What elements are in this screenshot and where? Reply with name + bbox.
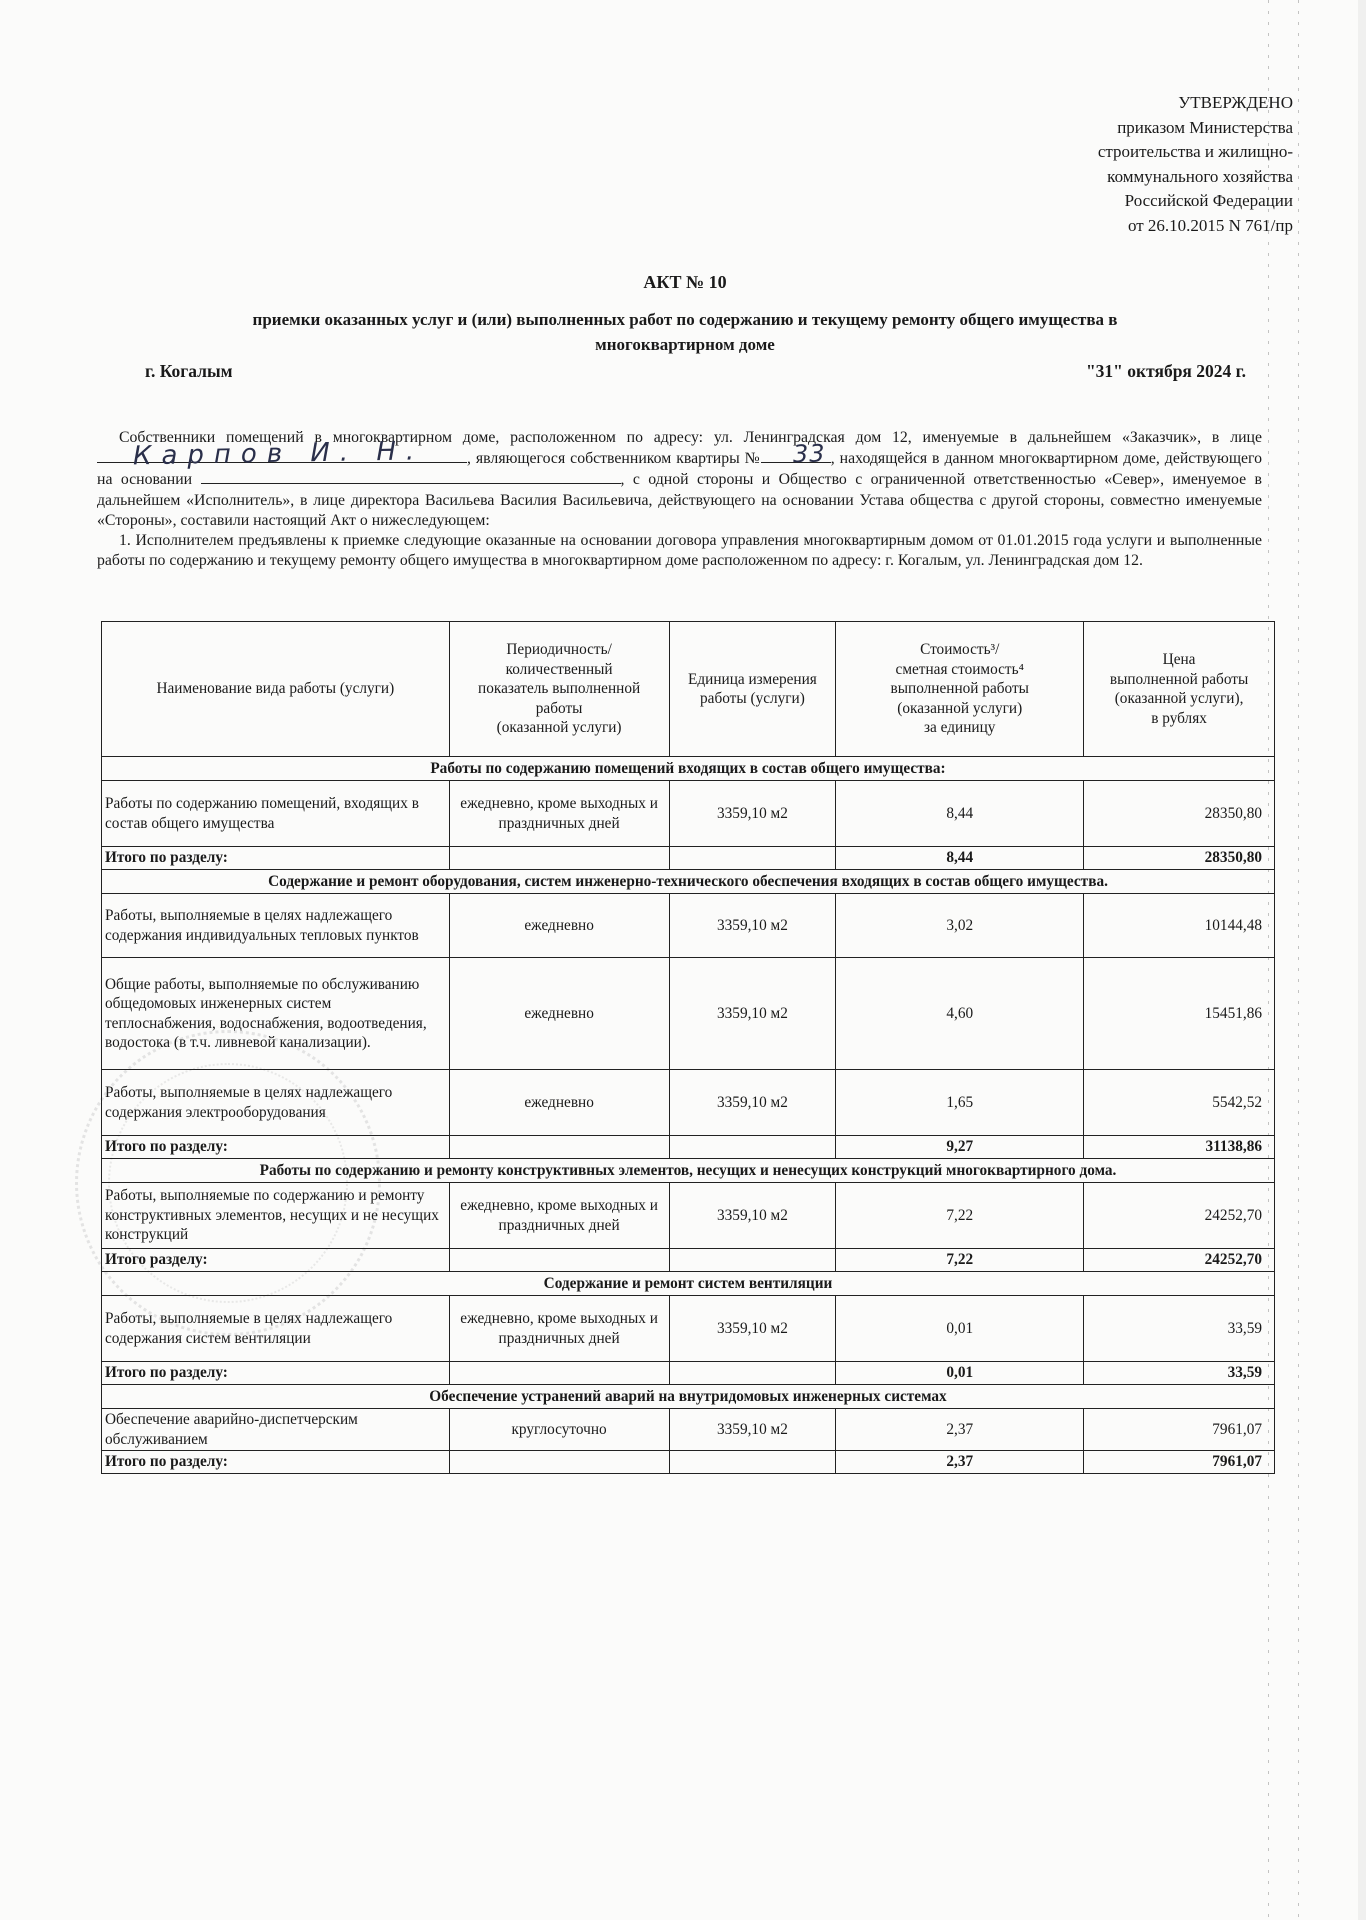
work-unit: 3359,10 м2 (669, 1183, 836, 1249)
document-page: УТВЕРЖДЕНО приказом Министерства строите… (0, 0, 1366, 1920)
section-total-row: Итого по разделу:9,2731138,86 (102, 1136, 1275, 1159)
work-periodicity: ежедневно, кроме выходных и праздничных … (449, 1183, 669, 1249)
parties-paragraph: Собственники помещений в многоквартирном… (97, 428, 1262, 531)
table-row: Обеспечение аварийно-диспетчерским обслу… (102, 1409, 1275, 1451)
section-title: Содержание и ремонт оборудования, систем… (102, 870, 1275, 894)
section-header-row: Работы по содержанию помещений входящих … (102, 757, 1275, 781)
approval-line: УТВЕРЖДЕНО (1098, 91, 1293, 116)
act-number: АКТ № 10 (100, 268, 1270, 296)
apartment-number-field: 33 (761, 448, 831, 463)
total-price: 28350,80 (1084, 847, 1275, 870)
section-total-row: Итого разделу:7,2224252,70 (102, 1249, 1275, 1272)
total-unit-cost: 7,22 (836, 1249, 1084, 1272)
act-subtitle: приемки оказанных услуг и (или) выполнен… (100, 307, 1270, 357)
approval-line: коммунального хозяйства (1098, 165, 1293, 190)
work-unit: 3359,10 м2 (669, 1070, 836, 1136)
section-header-row: Обеспечение устранений аварий на внутрид… (102, 1385, 1275, 1409)
section-title: Обеспечение устранений аварий на внутрид… (102, 1385, 1275, 1409)
total-price: 24252,70 (1084, 1249, 1275, 1272)
work-unit-cost: 3,02 (836, 894, 1084, 958)
total-empty (669, 1451, 836, 1474)
total-price: 33,59 (1084, 1362, 1275, 1385)
act-subtitle-line: многоквартирном доме (100, 332, 1270, 357)
work-price: 15451,86 (1084, 958, 1275, 1070)
work-unit-cost: 4,60 (836, 958, 1084, 1070)
total-label: Итого по разделу: (102, 1136, 450, 1159)
approval-line: строительства и жилищно- (1098, 140, 1293, 165)
work-name: Работы, выполняемые в целях надлежащего … (102, 894, 450, 958)
approval-line: от 26.10.2015 N 761/пр (1098, 214, 1293, 239)
clause-1-paragraph: 1. Исполнителем предъявлены к приемке сл… (97, 531, 1262, 571)
work-periodicity: ежедневно (449, 1070, 669, 1136)
handwritten-owner-name: Карпов И. Н. (111, 441, 424, 467)
total-unit-cost: 9,27 (836, 1136, 1084, 1159)
table-row: Общие работы, выполняемые по обслуживани… (102, 958, 1275, 1070)
work-periodicity: круглосуточно (449, 1409, 669, 1451)
work-price: 7961,07 (1084, 1409, 1275, 1451)
act-subtitle-line: приемки оказанных услуг и (или) выполнен… (100, 307, 1270, 332)
total-unit-cost: 0,01 (836, 1362, 1084, 1385)
work-unit-cost: 7,22 (836, 1183, 1084, 1249)
work-name: Общие работы, выполняемые по обслуживани… (102, 958, 450, 1070)
work-name: Работы по содержанию помещений, входящих… (102, 781, 450, 847)
column-header: Наименование вида работы (услуги) (102, 622, 450, 757)
work-unit: 3359,10 м2 (669, 781, 836, 847)
section-total-row: Итого по разделу:2,377961,07 (102, 1451, 1275, 1474)
work-unit-cost: 0,01 (836, 1296, 1084, 1362)
total-unit-cost: 8,44 (836, 847, 1084, 870)
place-date-row: г. Когалым "31" октября 2024 г. (145, 361, 1246, 382)
work-price: 24252,70 (1084, 1183, 1275, 1249)
section-title: Работы по содержанию помещений входящих … (102, 757, 1275, 781)
section-header-row: Содержание и ремонт систем вентиляции (102, 1272, 1275, 1296)
total-empty (669, 1249, 836, 1272)
scan-margin (1358, 0, 1366, 1920)
section-total-row: Итого по разделу:8,4428350,80 (102, 847, 1275, 870)
total-empty (669, 847, 836, 870)
section-header-row: Работы по содержанию и ремонту конструкт… (102, 1159, 1275, 1183)
section-header-row: Содержание и ремонт оборудования, систем… (102, 870, 1275, 894)
work-unit: 3359,10 м2 (669, 894, 836, 958)
work-unit: 3359,10 м2 (669, 1409, 836, 1451)
city: г. Когалым (145, 361, 233, 382)
total-label: Итого по разделу: (102, 1362, 450, 1385)
total-price: 31138,86 (1084, 1136, 1275, 1159)
total-empty (449, 1362, 669, 1385)
work-periodicity: ежедневно (449, 894, 669, 958)
handwritten-apartment-number: 33 (771, 444, 826, 465)
table-header-row: Наименование вида работы (услуги) Период… (102, 622, 1275, 757)
intro-text-part: , являющегося собственником квартиры № (467, 450, 761, 467)
work-periodicity: ежедневно, кроме выходных и праздничных … (449, 781, 669, 847)
table-row: Работы, выполняемые в целях надлежащего … (102, 1296, 1275, 1362)
work-name: Работы, выполняемые по содержанию и ремо… (102, 1183, 450, 1249)
act-title: АКТ № 10 приемки оказанных услуг и (или)… (100, 268, 1270, 357)
total-empty (449, 1451, 669, 1474)
total-empty (449, 847, 669, 870)
total-empty (669, 1136, 836, 1159)
work-price: 5542,52 (1084, 1070, 1275, 1136)
work-name: Обеспечение аварийно-диспетчерским обслу… (102, 1409, 450, 1451)
basis-field (201, 469, 621, 484)
work-unit: 3359,10 м2 (669, 1296, 836, 1362)
column-header: Стоимость³/ сметная стоимость⁴ выполненн… (836, 622, 1084, 757)
total-price: 7961,07 (1084, 1451, 1275, 1474)
table-body: Работы по содержанию помещений входящих … (102, 757, 1275, 1474)
total-label: Итого по разделу: (102, 1451, 450, 1474)
approval-line: Российской Федерации (1098, 189, 1293, 214)
total-empty (669, 1362, 836, 1385)
work-unit-cost: 2,37 (836, 1409, 1084, 1451)
table-row: Работы, выполняемые в целях надлежащего … (102, 1070, 1275, 1136)
section-title: Содержание и ремонт систем вентиляции (102, 1272, 1275, 1296)
owner-name-field: Карпов И. Н. (97, 448, 467, 463)
work-price: 28350,80 (1084, 781, 1275, 847)
work-name: Работы, выполняемые в целях надлежащего … (102, 1296, 450, 1362)
approval-line: приказом Министерства (1098, 116, 1293, 141)
work-periodicity: ежедневно, кроме выходных и праздничных … (449, 1296, 669, 1362)
section-title: Работы по содержанию и ремонту конструкт… (102, 1159, 1275, 1183)
work-unit-cost: 1,65 (836, 1070, 1084, 1136)
total-label: Итого разделу: (102, 1249, 450, 1272)
total-empty (449, 1249, 669, 1272)
section-total-row: Итого по разделу:0,0133,59 (102, 1362, 1275, 1385)
column-header: Периодичность/ количественный показатель… (449, 622, 669, 757)
intro-text: Собственники помещений в многоквартирном… (97, 428, 1262, 571)
work-unit-cost: 8,44 (836, 781, 1084, 847)
act-date: "31" октября 2024 г. (1086, 361, 1246, 382)
column-header: Единица измерения работы (услуги) (669, 622, 836, 757)
works-table: Наименование вида работы (услуги) Период… (101, 621, 1275, 1474)
total-empty (449, 1136, 669, 1159)
total-unit-cost: 2,37 (836, 1451, 1084, 1474)
approval-block: УТВЕРЖДЕНО приказом Министерства строите… (1098, 91, 1293, 238)
work-price: 33,59 (1084, 1296, 1275, 1362)
total-label: Итого по разделу: (102, 847, 450, 870)
table-row: Работы, выполняемые в целях надлежащего … (102, 894, 1275, 958)
table-row: Работы, выполняемые по содержанию и ремо… (102, 1183, 1275, 1249)
column-header: Цена выполненной работы (оказанной услуг… (1084, 622, 1275, 757)
work-price: 10144,48 (1084, 894, 1275, 958)
work-name: Работы, выполняемые в целях надлежащего … (102, 1070, 450, 1136)
work-periodicity: ежедневно (449, 958, 669, 1070)
table-row: Работы по содержанию помещений, входящих… (102, 781, 1275, 847)
scan-artifact (1298, 0, 1299, 1920)
work-unit: 3359,10 м2 (669, 958, 836, 1070)
